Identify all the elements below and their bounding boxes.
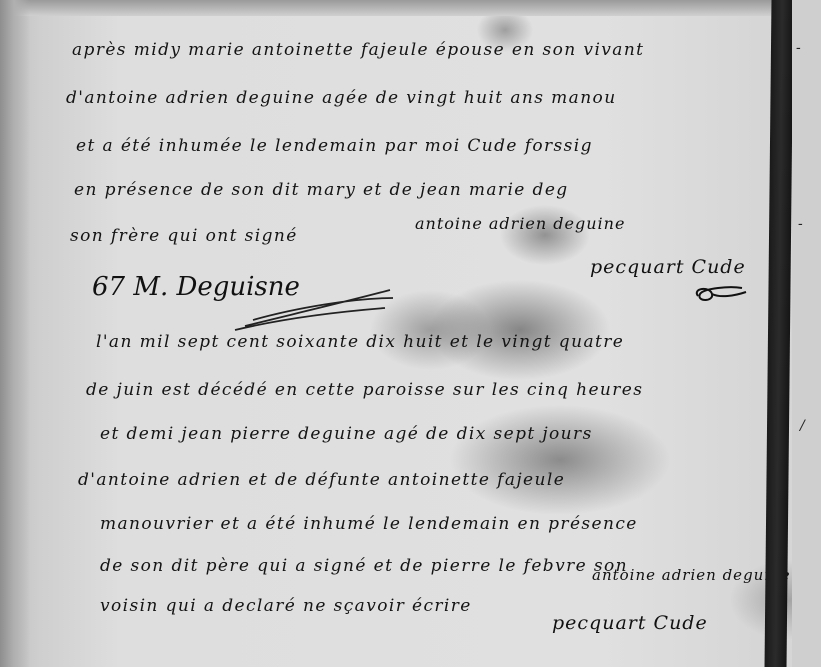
entry1-signature-father: antoine adrien deguine (415, 214, 625, 233)
entry2-line-1: l'an mil sept cent soixante dix huit et … (96, 332, 624, 352)
adjacent-page-fragment: / (800, 418, 805, 434)
page-top-edge (0, 0, 821, 16)
entry2-line-4: d'antoine adrien et de défunte antoinett… (78, 470, 565, 490)
entry1-line-1: après midy marie antoinette fajeule épou… (72, 40, 644, 60)
entry1-signature-priest: pecquart Cude (590, 256, 746, 278)
entry1-line-3: et a été inhumée le lendemain par moi Cu… (76, 136, 593, 156)
entry2-signature-priest: pecquart Cude (552, 612, 708, 634)
adjacent-page-fragment: - (796, 40, 801, 56)
page-left-edge (0, 0, 30, 667)
entry1-line-4: en présence de son dit mary et de jean m… (74, 180, 569, 200)
entry2-signature-father: antoine adrien deguine (592, 566, 791, 584)
adjacent-page-edge: - - / (792, 0, 821, 667)
margin-name-flourish (225, 278, 395, 333)
entry2-line-6: de son dit père qui a signé et de pierre… (100, 556, 628, 576)
adjacent-page-fragment: - (798, 216, 803, 232)
entry2-line-5: manouvrier et a été inhumé le lendemain … (100, 514, 638, 534)
entry2-line-7: voisin qui a declaré ne sçavoir écrire (100, 596, 472, 616)
entry1-line-2: d'antoine adrien deguine agée de vingt h… (66, 88, 617, 108)
entry1-line-5: son frère qui ont signé (70, 226, 298, 246)
priest-paraphe-flourish (690, 282, 750, 306)
entry1-line-2-text: d'antoine adrien deguine agée de vingt h… (66, 88, 617, 108)
entry2-line-2: de juin est décédé en cette paroisse sur… (86, 380, 643, 400)
entry2-line-3: et demi jean pierre deguine agé de dix s… (100, 424, 593, 444)
manuscript-page: après midy marie antoinette fajeule épou… (0, 0, 821, 667)
